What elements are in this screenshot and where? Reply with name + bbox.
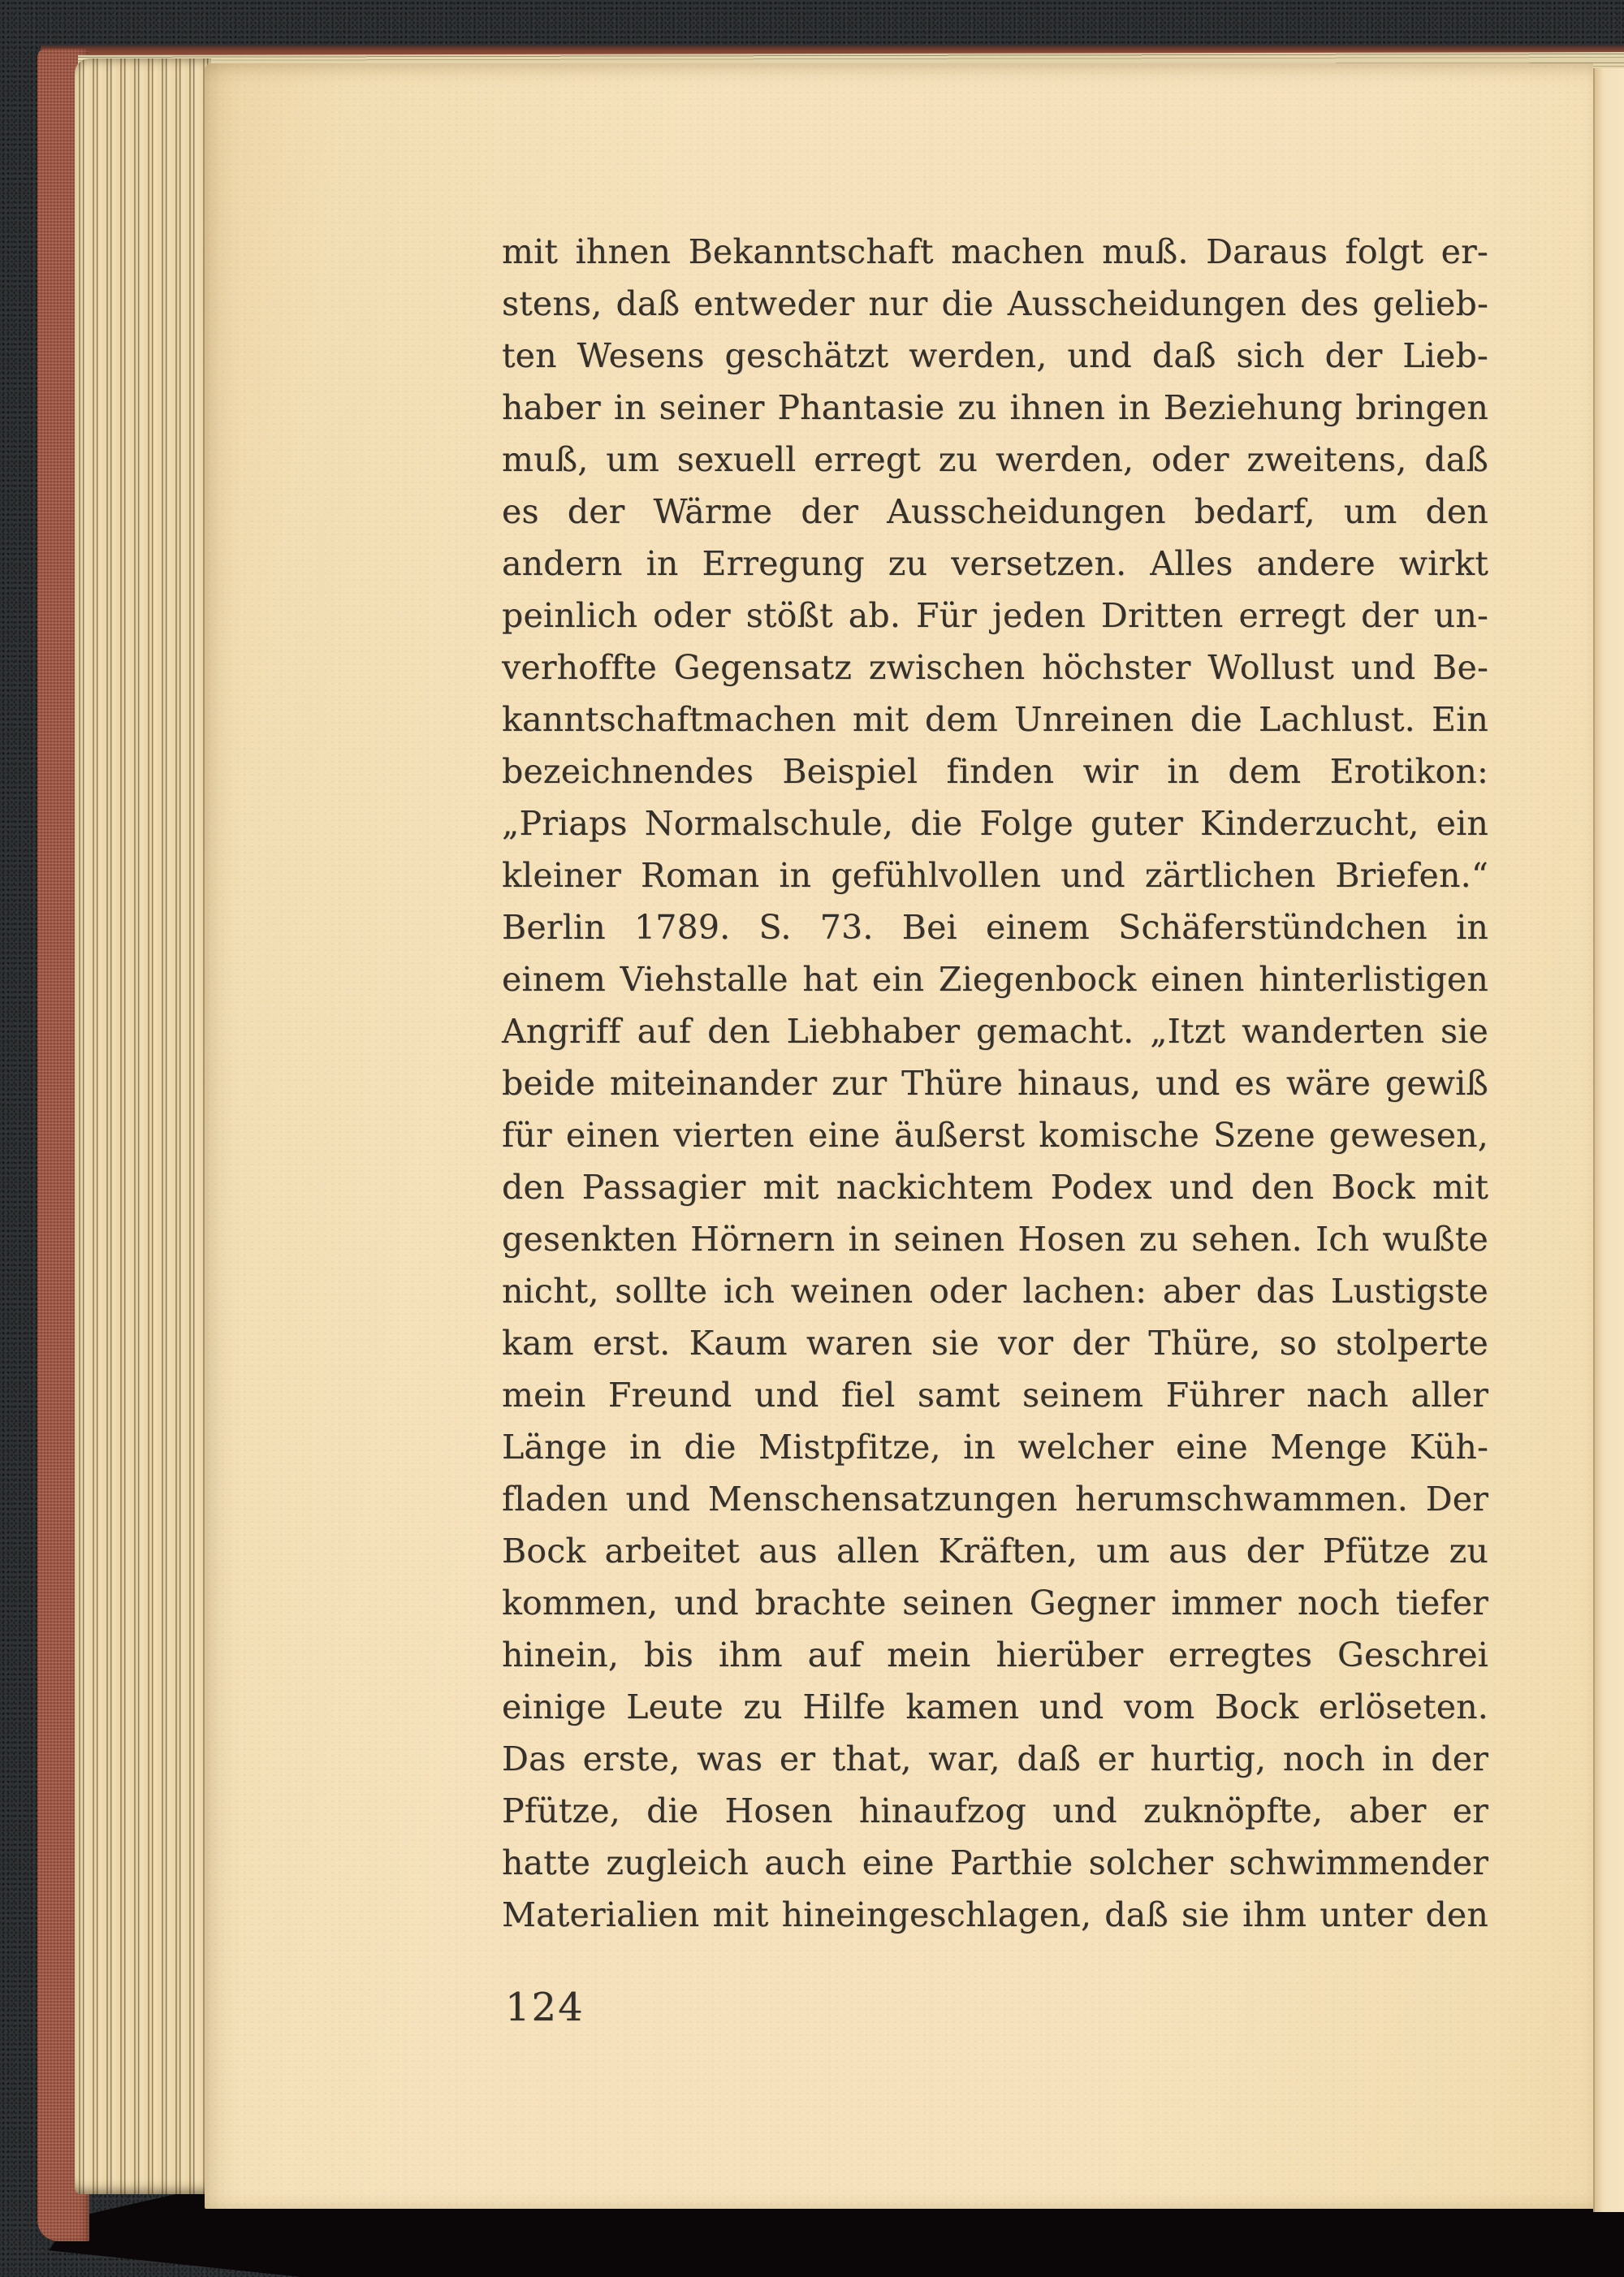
text-line: Das erste, was er that, war, daß er hurt… bbox=[502, 1733, 1488, 1785]
text-line: muß, um sexuell erregt zu werden, oder z… bbox=[502, 434, 1488, 486]
page-gutter-crease bbox=[1593, 68, 1624, 2212]
text-line: kam erst. Kaum waren sie vor der Thüre, … bbox=[502, 1317, 1488, 1369]
text-line: kanntschaftmachen mit dem Unreinen die L… bbox=[502, 693, 1488, 745]
text-line: mein Freund und fiel samt seinem Führer … bbox=[502, 1369, 1488, 1421]
page-edge-stack-left bbox=[75, 58, 211, 2194]
text-line: verhoffte Gegensatz zwischen höchster Wo… bbox=[502, 642, 1488, 693]
text-line: Materialien mit hineingeschlagen, daß si… bbox=[502, 1889, 1488, 1941]
text-line: für einen vierten eine äußerst komische … bbox=[502, 1109, 1488, 1161]
text-block: mit ihnen Bekanntschaft machen muß. Dara… bbox=[502, 226, 1488, 1941]
text-line: „Priaps Normalschule, die Folge guter Ki… bbox=[502, 797, 1488, 849]
text-line: haber in seiner Phantasie zu ihnen in Be… bbox=[502, 382, 1488, 434]
text-line: kleiner Roman in gefühlvollen und zärtli… bbox=[502, 849, 1488, 901]
text-line: einem Viehstalle hat ein Ziegenbock eine… bbox=[502, 953, 1488, 1005]
text-line: bezeichnendes Beispiel finden wir in dem… bbox=[502, 745, 1488, 797]
text-line: Länge in die Mistpfitze, in welcher eine… bbox=[502, 1421, 1488, 1473]
text-line: Pfütze, die Hosen hinaufzog und zuknöpft… bbox=[502, 1785, 1488, 1837]
text-line: peinlich oder stößt ab. Für jeden Dritte… bbox=[502, 590, 1488, 642]
scanned-book-photo: mit ihnen Bekanntschaft machen muß. Dara… bbox=[0, 0, 1624, 2277]
text-line: nicht, sollte ich weinen oder lachen: ab… bbox=[502, 1265, 1488, 1317]
text-line: hinein, bis ihm auf mein hierüber erregt… bbox=[502, 1629, 1488, 1681]
text-line: stens, daß entweder nur die Ausscheidung… bbox=[502, 278, 1488, 330]
text-line: mit ihnen Bekanntschaft machen muß. Dara… bbox=[502, 226, 1488, 278]
text-line: hatte zugleich auch eine Parthie solcher… bbox=[502, 1837, 1488, 1889]
text-line: den Passagier mit nackichtem Podex und d… bbox=[502, 1161, 1488, 1213]
text-line: gesenkten Hörnern in seinen Hosen zu seh… bbox=[502, 1213, 1488, 1265]
text-line: Berlin 1789. S. 73. Bei einem Schäferstü… bbox=[502, 901, 1488, 953]
text-line: fladen und Menschensatzungen herumschwam… bbox=[502, 1473, 1488, 1525]
text-line: einige Leute zu Hilfe kamen und vom Bock… bbox=[502, 1681, 1488, 1733]
text-line: kommen, und brachte seinen Gegner immer … bbox=[502, 1577, 1488, 1629]
page-number: 124 bbox=[505, 1985, 585, 2030]
text-line: es der Wärme der Ausscheidungen bedarf, … bbox=[502, 486, 1488, 538]
text-line: beide miteinander zur Thüre hinaus, und … bbox=[502, 1057, 1488, 1109]
text-line: ten Wesens geschätzt werden, und daß sic… bbox=[502, 330, 1488, 382]
text-line: Bock arbeitet aus allen Kräften, um aus … bbox=[502, 1525, 1488, 1577]
text-line: andern in Erregung zu versetzen. Alles a… bbox=[502, 538, 1488, 590]
text-line: Angriff auf den Liebhaber gemacht. „Itzt… bbox=[502, 1005, 1488, 1057]
